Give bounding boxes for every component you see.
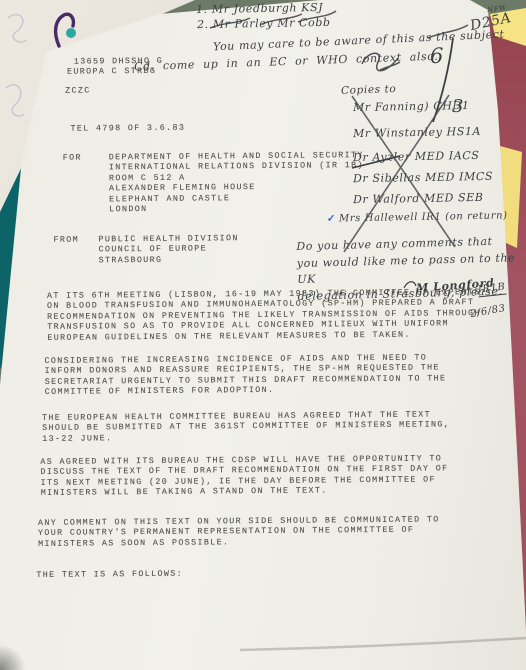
for-address: DEPARTMENT OF HEALTH AND SOCIAL SECURITY… [109,150,365,215]
handwritten-routing-2: 2. Mr Parley Mr Cobb [197,16,331,31]
body-paragraph-4: AS AGREED WITH ITS BUREAU THE CDSP WILL … [40,453,448,498]
from-label: FROM [53,235,79,246]
telex-number-line: TEL 4798 OF 3.6.83 [70,123,185,134]
body-paragraph-5: ANY COMMENT ON THIS TEXT ON YOUR SIDE SH… [38,514,440,549]
handwritten-copies-label: Copies to [341,83,397,97]
copies-list-item: Mr Fanning) CHD1 [353,99,470,114]
photographed-telex-document: 13659 DHSSHQ G EUROPA C STRBG ZCZC TEL 4… [0,0,526,670]
check-icon: ✓ [327,213,336,224]
handwritten-routing-1: 1. Mr Joedburgh KSJ [196,1,323,16]
telex-start-code: ZCZC [65,85,91,96]
copies-list-item: Dr Walford MED SEB [353,191,484,206]
body-closing-line: THE TEXT IS AS FOLLOWS: [36,569,183,581]
body-paragraph-2: CONSIDERING THE INCREASING INCIDENCE OF … [44,352,446,397]
copies-list-item: Mr Winstanley HS1A [353,125,481,140]
copies-list-item: Dr Sibellas MED IMCS [353,170,493,185]
from-address: PUBLIC HEALTH DIVISION COUNCIL OF EUROPE… [98,233,239,265]
handwritten-date-numerator: 6 [430,44,444,68]
for-label: FOR [63,153,82,164]
copies-list-item: Dr Ayzler MED IACS [353,149,480,164]
body-paragraph-3: THE EUROPEAN HEALTH COMMITTEE BUREAU HAS… [42,409,450,444]
